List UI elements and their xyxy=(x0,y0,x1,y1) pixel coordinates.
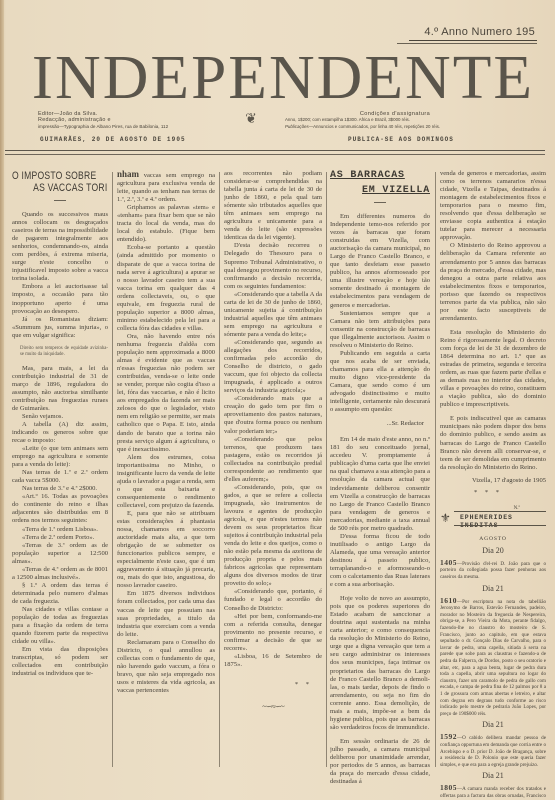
publication-date: GUIMARÃES, 20 DE AGOSTO DE 1905 xyxy=(40,136,186,143)
paragraph: Publicando em seguida a carta que nos ac… xyxy=(330,350,430,414)
masthead-rule xyxy=(5,154,545,155)
paragraph: Quando os successivos maus annos colloca… xyxy=(12,211,108,283)
masthead-rule xyxy=(5,150,545,151)
article-body-continued: Mas, para mais, a lei da contribuição in… xyxy=(12,365,108,679)
paragraph: nham vaccas sem emprego na agricultura p… xyxy=(117,170,215,204)
column-divider xyxy=(435,172,436,767)
fleuron-ornament-icon: ❦ xyxy=(245,108,257,132)
ephemerides-month: AGOSTO xyxy=(440,535,546,543)
ephemeris-year: 1805 xyxy=(440,783,457,792)
fleur-ornament-icon: ⚜ xyxy=(440,511,451,525)
paragraph: E pois indiscutivel que as camaras munic… xyxy=(440,415,546,471)
ephemeris-day: Dia 21 xyxy=(440,585,546,593)
page-binding-edge xyxy=(0,0,4,800)
article-headline-line1: O IMPOSTO SOBRE xyxy=(12,170,87,182)
paragraph: «Considerando que, segundo as allegações… xyxy=(224,339,322,395)
paragraph: «Considerando mais que a creação do gado… xyxy=(224,395,322,435)
column-3: aos recorrentes não podiam considerar-se… xyxy=(224,170,322,798)
paragraph: O Ministerio do Reino approvou a deliber… xyxy=(440,242,546,322)
letter-salutation: ...Sr. Redactor xyxy=(330,420,424,428)
ephemeris-year: 1592 xyxy=(440,732,457,741)
ephemeris-entry: 1405—Provisão d'el-rei D. João para que … xyxy=(440,560,546,581)
paragraph: Sustentamos sempre que a Camara não tem … xyxy=(330,310,430,350)
article-body: venda de generos e mercadorias, assim co… xyxy=(440,170,546,472)
article-body: nham vaccas sem emprego na agricultura p… xyxy=(117,170,215,695)
place-date: Vizella, 17 d'agosto de 1905 xyxy=(440,477,546,485)
paragraph: «Considerando, pois, que os gados, a que… xyxy=(224,484,322,589)
paragraph: «Terras de 4.ª ordem as de 8001 a 12500 … xyxy=(12,566,108,582)
publication-frequency: PUBLICA-SE AOS DOMINGOS xyxy=(348,136,454,143)
ephemeris-year: 1405 xyxy=(440,558,457,567)
paragraph: «Art.º 16. Todas as povoações do contine… xyxy=(12,493,108,525)
article-headline-line1: AS BARRACAS xyxy=(330,170,430,181)
ephemeris-day: Dia 20 xyxy=(440,547,546,555)
headline-dash xyxy=(54,200,66,201)
column-divider xyxy=(326,172,327,767)
subscription-info: Condições d'assignatura Anno, 1$200; com… xyxy=(285,111,505,130)
paragraph: Esta resolução do Ministerio do Reino é … xyxy=(440,329,546,409)
ephemerides-title: EPHEMERIDES INEDITAS xyxy=(460,514,546,530)
paragraph: «Hei por bem, conformando-me com a refer… xyxy=(224,613,322,653)
paragraph: Nas terras de 3.ª e 4.ª 2$000. xyxy=(12,485,108,493)
paragraph: D'essa forma ficou de todo inutilisado o… xyxy=(330,533,430,589)
ephemeris-year: 1610 xyxy=(440,596,457,605)
article-headline-line2: AS VACCAS TORINAS xyxy=(33,182,108,194)
ephemeris-entry: 1805—A camara manda receber dos tratados… xyxy=(440,785,546,798)
ephemeris-day: Dia 21 xyxy=(440,721,546,729)
column-2: nham vaccas sem emprego na agricultura p… xyxy=(117,170,215,798)
paragraph: Em differentes numeros do Independente t… xyxy=(330,213,430,310)
column-divider xyxy=(219,172,220,767)
article-headline-line2: EM VIZELLA xyxy=(330,185,430,196)
paragraph: Em 1875 diversos individuos foram collec… xyxy=(117,590,215,638)
paragraph: «Leite (o que tem animaes sem emprego na… xyxy=(12,445,108,469)
ephemeris-entry: 1592—O cabido delibera mandar pessoa de … xyxy=(440,734,546,768)
header-rule xyxy=(454,525,546,526)
ephemerides-header: N.º ⚜ EPHEMERIDES INEDITAS xyxy=(440,507,546,531)
paragraph: Ora, não havendo entre nós nenhuma fregu… xyxy=(117,333,215,454)
article-body: Em differentes numeros do Independente t… xyxy=(330,213,430,414)
article-body: Quando os successivos maus annos colloca… xyxy=(12,211,108,340)
paragraph: D'esta decisão recorreu o Delegado do Th… xyxy=(224,242,322,290)
paragraph: Senão vejamos. xyxy=(12,413,108,421)
editorial-info: Editor—João da Silva. Redacção, administ… xyxy=(38,111,168,130)
headline-dash xyxy=(374,202,386,203)
paragraph: Mas, para mais, a lei da contribuição in… xyxy=(12,365,108,413)
paragraph: «Lisboa, 16 de Setembro de 1875». xyxy=(224,653,322,669)
paragraph: Alem dos estrumes, coisa importantissima… xyxy=(117,454,215,510)
flourish-ornament-icon: ~∽≈∽~ xyxy=(224,703,322,711)
paragraph: «Terras de 3.ª ordem as de população sup… xyxy=(12,542,108,566)
paragraph: Em sessão ordinaria de 26 de julho passa… xyxy=(330,738,430,786)
publicacoes-label: Publicações xyxy=(285,124,309,129)
ephemeris-day: Dia 21 xyxy=(440,772,546,780)
ephemeris-entry: 1610—Por escriptura na nota do tabellião… xyxy=(440,598,546,718)
paragraph: aos recorrentes não podiam considerar-se… xyxy=(224,170,322,242)
paragraph: «Considerando que, portanto, é fundado e… xyxy=(224,588,322,612)
impressao-line: impressão—Typographia de Albano Pires, r… xyxy=(38,124,168,130)
column-1: O IMPOSTO SOBRE AS VACCAS TORINAS Quando… xyxy=(12,170,108,798)
ephemerides-list: Dia 201405—Provisão d'el-rei D. João par… xyxy=(440,547,546,798)
section-stars: * * xyxy=(224,681,322,689)
column-5: venda de generos e mercadorias, assim co… xyxy=(440,170,546,798)
paragraph: Embora a lei auctorisasse tal imposto, a… xyxy=(12,283,108,315)
column-divider xyxy=(112,172,113,767)
paragraph: «Considerando que pelos terrenos, que pr… xyxy=(224,436,322,484)
newspaper-page: 4.º Anno Numero 195 INDEPENDENTE Editor—… xyxy=(0,0,555,800)
redaccao-line: Redacção, administração e xyxy=(38,117,111,123)
column-4: AS BARRACAS EM VIZELLA Em differentes nu… xyxy=(330,170,430,798)
paragraph: Nas terras de 1.ª e 2.ª ordem cada vacca… xyxy=(12,469,108,485)
header-rule xyxy=(454,511,546,512)
section-stars: * * * xyxy=(440,489,546,497)
publicacoes-line: Publicações—Annuncios e communicados, po… xyxy=(285,124,505,130)
paragraph: Griphamos as palavras «tem» e «tenham» p… xyxy=(117,204,215,244)
paragraph: «Terra de 2.ª ordem Porto». xyxy=(12,534,108,542)
paragraph: E, para que não se attribuam estas consi… xyxy=(117,510,215,590)
editor-line: Editor—João da Silva. xyxy=(38,111,98,117)
paragraph: «Terra de 1.ª ordem Lisboa». xyxy=(12,526,108,534)
carryover-word: nham xyxy=(117,170,139,179)
paragraph: Em vista das disposições transcriptas, s… xyxy=(12,646,108,678)
newspaper-title: INDEPENDENTE xyxy=(28,48,538,108)
paragraph: Em 14 de maio d'este anno, no n.º 181 do… xyxy=(330,436,430,533)
issue-number: 4.º Anno Numero 195 xyxy=(424,26,535,38)
paragraph: Já os Romanistas diziam: «Summum jus, su… xyxy=(12,316,108,340)
block-quote: Direito sem temperos de equidade avizinh… xyxy=(20,346,108,359)
letter-body: Em 14 de maio d'este anno, no n.º 181 do… xyxy=(330,436,430,786)
paragraph: venda de generos e mercadorias, assim co… xyxy=(440,170,546,242)
paragraph: «Considerando que a tabella A da carta d… xyxy=(224,291,322,339)
article-body: aos recorrentes não podiam considerar-se… xyxy=(224,170,322,669)
issue-rule xyxy=(409,40,537,41)
paragraph: § 1.º A ordem das terras é determinada p… xyxy=(12,582,108,606)
paragraph: Ecoba-se portanto a questão (ainda admit… xyxy=(117,244,215,333)
paragraph: Nas cidades e villas contase a população… xyxy=(12,606,108,646)
paragraph: Hoje volto de novo ao assumpto, pois que… xyxy=(330,595,430,732)
paragraph: Reclamaram para o Conselho do Districto,… xyxy=(117,639,215,695)
paragraph: A tabella (A) diz assim, indicando os ge… xyxy=(12,421,108,445)
ephemeris-text: —Por escriptura na nota do tabellião Jer… xyxy=(440,599,546,717)
publicacoes-text: —Annuncios e communicados, por linha 40 … xyxy=(309,124,440,129)
